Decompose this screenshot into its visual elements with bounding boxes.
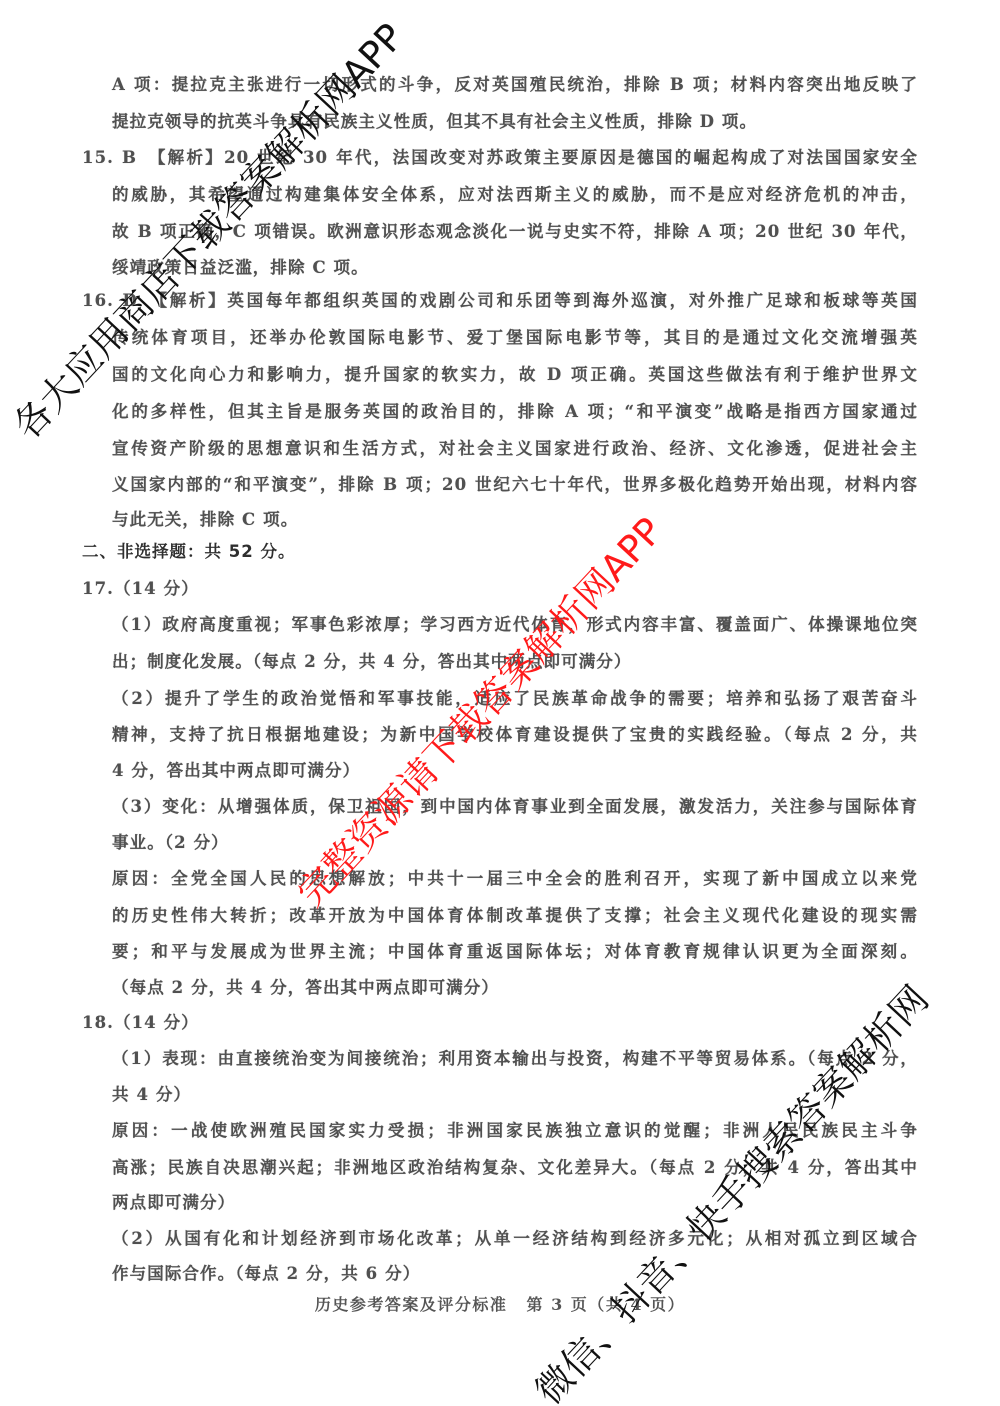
text-line: 化的多样性，但其主旨是服务英国的政治目的，排除 A 项；“和平演变”战略是指西方…: [112, 401, 918, 423]
text-line: 原因：全党全国人民的思想解放；中共十一届三中全会的胜利召开，实现了新中国成立以来…: [112, 868, 918, 890]
text-line: 高涨；民族自决思潮兴起；非洲地区政治结构复杂、文化差异大。（每点 2 分，共 4…: [112, 1157, 918, 1179]
text-line: 作与国际合作。（每点 2 分，共 6 分）: [112, 1263, 420, 1285]
text-line: 义国家内部的“和平演变”，排除 B 项；20 世纪六七十年代，世界多极化趋势开始…: [112, 474, 918, 496]
text-line: 的威胁，其希望通过构建集体安全体系，应对法西斯主义的威胁，而不是应对经济危机的冲…: [112, 184, 918, 206]
text-line: 17.（14 分）: [82, 578, 199, 600]
text-line: （1）政府高度重视；军事色彩浓厚；学习西方近代体育，形式内容丰富、覆盖面广、体操…: [112, 614, 918, 636]
text-line: （每点 2 分，共 4 分，答出其中两点即可满分）: [112, 977, 499, 999]
text-line: 18.（14 分）: [82, 1012, 199, 1034]
text-line: 两点即可满分）: [112, 1192, 235, 1214]
text-line: 4 分，答出其中两点即可满分）: [112, 760, 360, 782]
text-line: （2）从国有化和计划经济到市场化改革；从单一经济结构到经济多元化；从相对孤立到区…: [112, 1228, 918, 1250]
text-line: 16. D 【解析】英国每年都组织英国的戏剧公司和乐团等到海外巡演，对外推广足球…: [82, 290, 918, 312]
text-line: 精神，支持了抗日根据地建设；为新中国学校体育建设提供了宝贵的实践经验。（每点 2…: [112, 724, 918, 746]
text-line: 与此无关，排除 C 项。: [112, 509, 298, 531]
document-page: A 项：提拉克主张进行一切形式的斗争，反对英国殖民统治，排除 B 项；材料内容突…: [0, 0, 1000, 1406]
text-line: 共 4 分）: [112, 1084, 191, 1106]
text-line: （3）变化：从增强体质，保卫祖国，到中国内体育事业到全面发展，激发活力，关注参与…: [112, 796, 918, 818]
text-line: 国的文化向心力和影响力，提升国家的软实力，故 D 项正确。英国这些做法有利于维护…: [112, 364, 918, 386]
text-line: （2）提升了学生的政治觉悟和军事技能，适应了民族革命战争的需要；培养和弘扬了艰苦…: [112, 688, 918, 710]
text-line: 故 B 项正确，C 项错误。欧洲意识形态观念淡化一说与史实不符，排除 A 项；2…: [112, 221, 918, 243]
footer-page-number: 第 3 页（共 4 页）: [527, 1295, 686, 1314]
text-line: 原因：一战使欧洲殖民国家实力受损；非洲国家民族独立意识的觉醒；非洲人民民族民主斗…: [112, 1120, 918, 1142]
text-line: 宣传资产阶级的思想意识和生活方式，对社会主义国家进行政治、经济、文化渗透，促进社…: [112, 438, 918, 460]
section-heading: 二、非选择题：共 52 分。: [82, 541, 295, 563]
text-line: A 项：提拉克主张进行一切形式的斗争，反对英国殖民统治，排除 B 项；材料内容突…: [112, 74, 918, 96]
watermark-bottom-right: 微信、抖音、快手搜索答案解析网: [521, 971, 939, 1406]
text-line: 15. B 【解析】20 世纪 30 年代，法国改变对苏政策主要原因是德国的崛起…: [82, 147, 918, 169]
text-line: 要；和平与发展成为世界主流；中国体育重返国际体坛；对体育教育规律认识更为全面深刻…: [112, 941, 918, 963]
text-line: （1）表现：由直接统治变为间接统治；利用资本输出与投资，构建不平等贸易体系。（每…: [112, 1048, 918, 1070]
text-line: 事业。（2 分）: [112, 832, 229, 854]
text-line: 提拉克领导的抗英斗争具有民族主义性质，但其不具有社会主义性质，排除 D 项。: [112, 111, 757, 133]
text-line: 的历史性伟大转折；改革开放为中国体育体制改革提供了支撑；社会主义现代化建设的现实…: [112, 905, 918, 927]
text-line: 传统体育项目，还举办伦敦国际电影节、爱丁堡国际电影节等，其目的是通过文化交流增强…: [112, 327, 918, 349]
footer-title: 历史参考答案及评分标准: [315, 1295, 508, 1314]
text-line: 出；制度化发展。（每点 2 分，共 4 分，答出其中两点即可满分）: [112, 651, 632, 673]
text-line: 绥靖政策日益泛滥，排除 C 项。: [112, 257, 369, 279]
page-footer: 历史参考答案及评分标准 第 3 页（共 4 页）: [0, 1292, 1000, 1315]
